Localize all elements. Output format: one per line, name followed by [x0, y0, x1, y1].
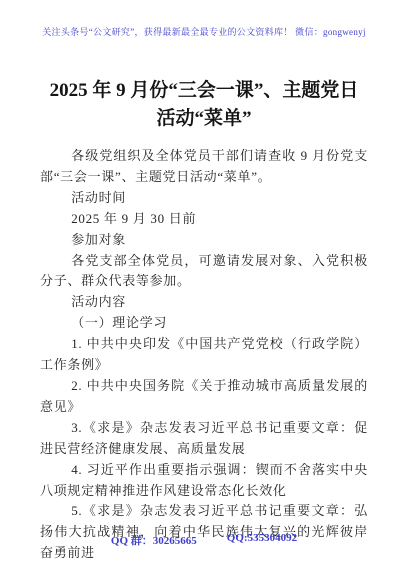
paragraph-activity-time-value: 2025 年 9 月 30 日前 — [40, 209, 368, 230]
header-notice: 关注头条号“公文研究”，获得最新最全最专业的公文资料库！ 微信：gongweny… — [0, 25, 408, 38]
paragraph-study-item-2: 2. 中共中央国务院《关于推动城市高质量发展的意见》 — [40, 376, 368, 418]
paragraph-activity-time-label: 活动时间 — [40, 188, 368, 209]
title-line-2: 活动“菜单” — [30, 105, 378, 133]
document-title: 2025 年 9 月份“三会一课”、主题党日 活动“菜单” — [30, 77, 378, 133]
document-body: 各级党组织及全体党员干部们请查收 9 月份党支部“三会一课”、主题党日活动“菜单… — [40, 146, 368, 564]
paragraph-intro: 各级党组织及全体党员干部们请查收 9 月份党支部“三会一课”、主题党日活动“菜单… — [40, 146, 368, 188]
document-page: 关注头条号“公文研究”，获得最新最全最专业的公文资料库！ 微信：gongweny… — [0, 0, 408, 580]
title-line-1: 2025 年 9 月份“三会一课”、主题党日 — [30, 77, 378, 105]
paragraph-study-item-4: 4. 习近平作出重要指示强调：锲而不舍落实中央八项规定精神推进作风建设常态化长效… — [40, 460, 368, 502]
footer-contact: QQ 群：30265665 QQ:535304092 — [0, 532, 408, 548]
paragraph-section-theory-study: （一）理论学习 — [40, 313, 368, 334]
qq-number-text: QQ:535304092 — [227, 532, 297, 548]
paragraph-activity-content-label: 活动内容 — [40, 292, 368, 313]
qq-group-text: QQ 群：30265665 — [111, 532, 197, 548]
paragraph-study-item-3: 3.《求是》杂志发表习近平总书记重要文章：促进民营经济健康发展、高质量发展 — [40, 418, 368, 460]
paragraph-study-item-1: 1. 中共中央印发《中国共产党党校（行政学院）工作条例》 — [40, 334, 368, 376]
paragraph-participants-value: 各党支部全体党员，可邀请发展对象、入党积极分子、群众代表等参加。 — [40, 251, 368, 293]
paragraph-participants-label: 参加对象 — [40, 230, 368, 251]
